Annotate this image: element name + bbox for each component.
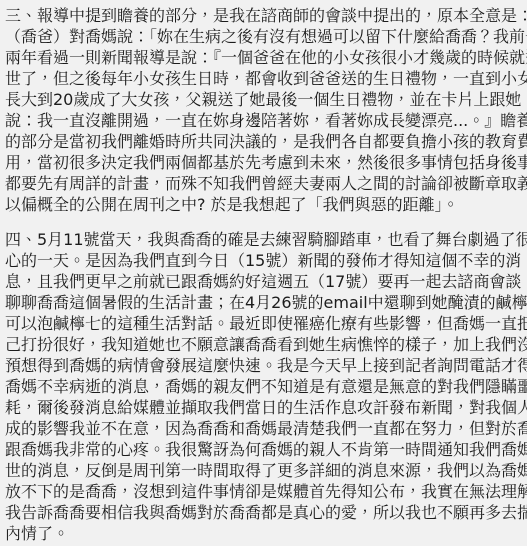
text-line: 耗，爾後發消息給媒體並擷取我們當日的生活作息攻訐發布新聞，對我個人造 — [5, 397, 523, 418]
text-line: 我告訴喬喬要相信我與喬媽對於喬喬都是真心的愛，所以我也不願再多去揣摩 — [5, 502, 523, 523]
text-line: 世了，但之後每年小女孩生日時，都會收到爸爸送的生日禮物，一直到小女孩 — [5, 68, 523, 89]
paragraph-4: 四、5月11號當天，我與喬喬的確是去練習騎腳踏車，也看了舞台劇過了很開 心的一天… — [5, 229, 523, 544]
text-line: 說：我一直沒離開過，一直在妳身邊陪著妳，看著妳成長變漂亮...。』瞻養費 — [5, 110, 523, 131]
text-line: 心的一天。是因為我們直到今日（15號）新聞的發佈才得知這個不幸的消 — [5, 250, 523, 271]
text-line: 跟喬媽我非常的心疼。我很驚訝為何喬媽的親人不肯第一時間通知我們喬媽過 — [5, 439, 523, 460]
paragraph-3: 三、報導中提到瞻養的部分，是我在諮商師的會談中提出的，原本全意是：我 （喬爸）對… — [5, 5, 523, 215]
text-line: 內情了。 — [5, 523, 523, 544]
text-line: 放不下的是喬喬，沒想到這件事情卻是媒體首先得知公布，我實在無法理解。 — [5, 481, 523, 502]
text-line: 三、報導中提到瞻養的部分，是我在諮商師的會談中提出的，原本全意是：我 — [5, 5, 523, 26]
text-line: 用，當初很多決定我們兩個都基於先考慮到未來，然後很多事情包括身後事也 — [5, 152, 523, 173]
text-line: （喬爸）對喬媽說：「妳在生病之後有沒有想過可以留下什麼給喬喬？我前一 — [5, 26, 523, 47]
document-text: 三、報導中提到瞻養的部分，是我在諮商師的會談中提出的，原本全意是：我 （喬爸）對… — [0, 0, 527, 544]
text-line: 息，且我們更早之前就已跟喬媽約好這週五（17號）要再一起去諮商會談， — [5, 271, 523, 292]
text-line: 兩年看過一則新聞報導是說：『一個爸爸在他的小女孩很小才幾歲的時候就過 — [5, 47, 523, 68]
text-line: 四、5月11號當天，我與喬喬的確是去練習騎腳踏車，也看了舞台劇過了很開 — [5, 229, 523, 250]
text-line: 聊聊喬喬這個暑假的生活計畫；在4月26號的email中還聊到她醃漬的鹹檸檬 — [5, 292, 523, 313]
text-line: 喬媽不幸病逝的消息，喬媽的親友們不知道是有意還是無意的對我們隱瞞噩 — [5, 376, 523, 397]
text-line: 預想得到喬媽的病情會發展這麼快速。我是今天早上接到記者詢問電話才得知 — [5, 355, 523, 376]
text-line: 己打扮很好，我知道她也不願意讓喬喬看到她生病憔悴的樣子，加上我們沒有 — [5, 334, 523, 355]
text-line: 長大到20歲成了大女孩，父親送了她最後一個生日禮物，並在卡片上跟她 — [5, 89, 523, 110]
text-line: 成的影響我並不在意，因為喬喬和喬媽最清楚我們一直都在努力，但對於喬喬 — [5, 418, 523, 439]
text-line: 的部分是當初我們離婚時所共同決議的，是我們各自都要負擔小孩的教育費 — [5, 131, 523, 152]
text-line: 都要先有周詳的計畫，而殊不知我們曾經夫妻兩人之間的討論卻被斷章取義、 — [5, 173, 523, 194]
text-line: 以偏概全的公開在周刊之中? 於是我想起了「我們與惡的距離」。 — [5, 194, 523, 215]
text-line: 可以泡鹹檸七的這種生活對話。最近即使罹癌化療有些影響，但喬媽一直把自 — [5, 313, 523, 334]
text-line: 世的消息，反倒是周刊第一時間取得了更多詳細的消息來源，我們以為喬媽最 — [5, 460, 523, 481]
